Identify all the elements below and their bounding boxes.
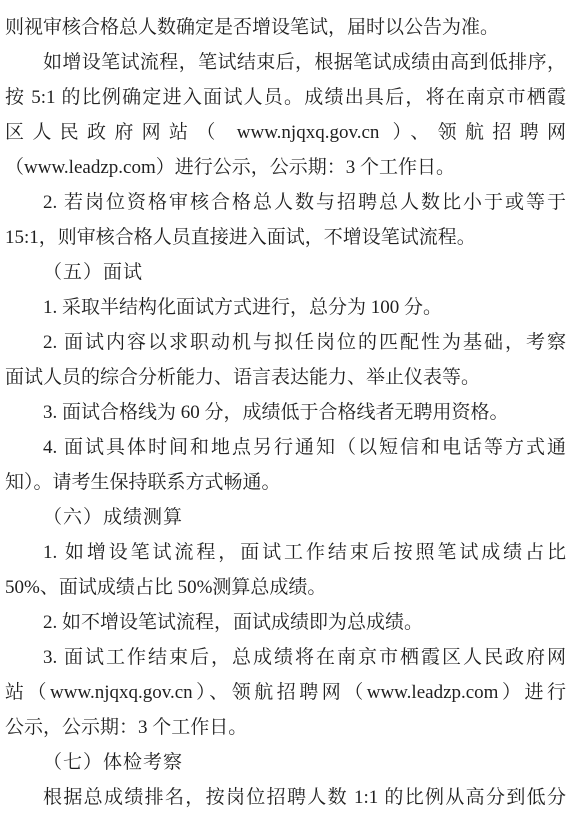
doc-line: 2. 如不增设笔试流程，面试成绩即为总成绩。 (5, 605, 566, 640)
document-page: 则视审核合格总人数确定是否增设笔试，届时以公告为准。如增设笔试流程，笔试结束后，… (0, 0, 569, 813)
doc-line: 按 5:1 的比例确定进入面试人员。成绩出具后，将在南京市栖霞 (5, 80, 566, 115)
doc-line: 50%、面试成绩占比 50%测算总成绩。 (5, 570, 566, 605)
doc-line: 区人民政府网站（ www.njqxq.gov.cn ）、领航招聘网 (5, 115, 566, 150)
doc-line: 15:1，则审核合格人员直接进入面试，不增设笔试流程。 (5, 220, 566, 255)
section-heading: （五）面试 (5, 255, 566, 290)
section-heading: （七）体检考察 (5, 745, 566, 780)
doc-line: 根据总成绩排名，按岗位招聘人数 1:1 的比例从高分到低分 (5, 780, 566, 813)
doc-line: （www.leadzp.com）进行公示，公示期：3 个工作日。 (5, 150, 566, 185)
doc-line: 2. 面试内容以求职动机与拟任岗位的匹配性为基础，考察 (5, 325, 566, 360)
doc-line: 3. 面试合格线为 60 分，成绩低于合格线者无聘用资格。 (5, 395, 566, 430)
doc-line: 2. 若岗位资格审核合格总人数与招聘总人数比小于或等于 (5, 185, 566, 220)
doc-line: 则视审核合格总人数确定是否增设笔试，届时以公告为准。 (5, 10, 566, 45)
doc-line: 1. 如增设笔试流程，面试工作结束后按照笔试成绩占比 (5, 535, 566, 570)
doc-line: 1. 采取半结构化面试方式进行，总分为 100 分。 (5, 290, 566, 325)
document-body: 则视审核合格总人数确定是否增设笔试，届时以公告为准。如增设笔试流程，笔试结束后，… (5, 10, 566, 813)
doc-line: 公示，公示期：3 个工作日。 (5, 710, 566, 745)
section-heading: （六）成绩测算 (5, 500, 566, 535)
doc-line: 面试人员的综合分析能力、语言表达能力、举止仪表等。 (5, 360, 566, 395)
doc-line: 3. 面试工作结束后，总成绩将在南京市栖霞区人民政府网 (5, 640, 566, 675)
doc-line: 如增设笔试流程，笔试结束后，根据笔试成绩由高到低排序， (5, 45, 566, 80)
doc-line: 站（www.njqxq.gov.cn）、领航招聘网（www.leadzp.com… (5, 675, 566, 710)
doc-line: 知）。请考生保持联系方式畅通。 (5, 465, 566, 500)
doc-line: 4. 面试具体时间和地点另行通知（以短信和电话等方式通 (5, 430, 566, 465)
